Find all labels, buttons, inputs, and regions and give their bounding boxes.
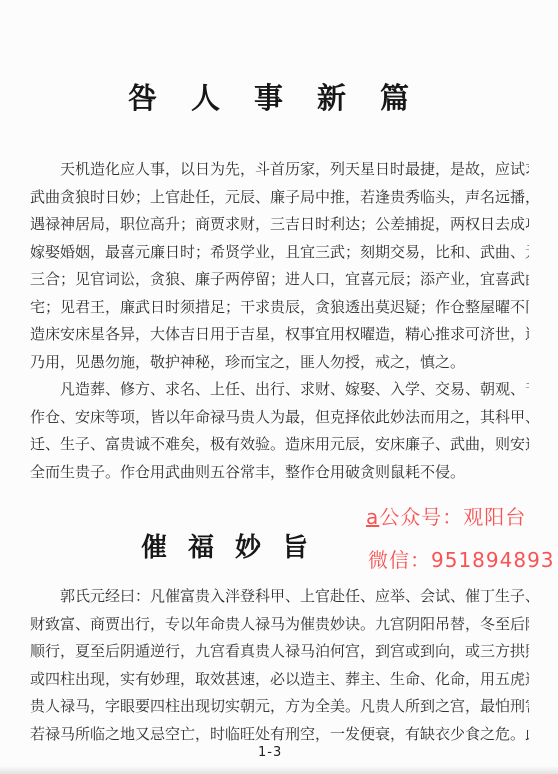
- text-line: 贵人禄马，字眼要四柱出现切实朝元，方为全美。凡贵人所到之宫，最怕刑害，: [30, 693, 529, 721]
- text-line: 凡造葬、修方、求名、上任、出行、求财、嫁娶、入学、交易、朝观、干求、: [30, 376, 529, 404]
- paragraph-tianji: 天机造化应人事，以日为先，斗首历家，列天星日时最捷，是故，应试求官， 武曲贪狼时…: [30, 156, 529, 376]
- watermark-public-account: a公众号：观阳台: [366, 501, 526, 530]
- text-line: 宅；见君王，廉武日时须措足；干求贵辰，贪狼透出莫迟疑；作仓整屋曜不同，: [30, 294, 529, 322]
- text-line: 顺行，夏至后阴遁逆行，九宫看真贵人禄马泊何宫，到宫或到向，或三方拱照，: [30, 638, 529, 666]
- text-line: 若禄马所临之地又忌空亡，时临旺处有刑空，一发便衰，有缺衣少食之危。此其: [30, 721, 529, 749]
- watermark-channel-text: 公众号：观阳台: [379, 505, 526, 529]
- text-line: 郭氏元经曰：凡催富贵入泮登科甲、上官赴任、应举、会试、催丁生子、催: [30, 583, 529, 611]
- text-line: 天机造化应人事，以日为先，斗首历家，列天星日时最捷，是故，应试求官，: [30, 156, 529, 184]
- text-line: 或四柱出现，实有妙理，取效甚速，必以造主、葬主、生命、化命，用五虎遁真: [30, 666, 529, 694]
- paragraph-fanzaozang: 凡造葬、修方、求名、上任、出行、求财、嫁娶、入学、交易、朝观、干求、 作仓、安床…: [30, 376, 529, 486]
- text-line: 遇禄神居局，职位高升；商贾求财，三吉日时利达；公差捕捉，两权日去成功；: [30, 211, 529, 239]
- text-line: 造床安床星各异，大体吉日用于吉星，权事宜用权曜造，精心推求可济世，遇贤: [30, 321, 529, 349]
- chapter-title-renpian: 咎人事新篇: [128, 76, 443, 117]
- page-number: 1-3: [258, 745, 282, 760]
- text-line: 三合；见官词讼，贪狼、廉子两停留；进人口，宜喜元辰；添产业，宜喜武曲入: [30, 266, 529, 294]
- text-line: 全而生贵子。作仓用武曲则五谷常丰，整作仓用破贪则鼠耗不侵。: [30, 459, 529, 487]
- paragraph-guoshiyuanjing: 郭氏元经曰：凡催富贵入泮登科甲、上官赴任、应举、会试、催丁生子、催 财致富、商贾…: [30, 583, 529, 748]
- text-line: 嫁娶婚姻，最喜元廉日时；希贤学业，且宜三武；刻期交易，比和、武曲、元辰: [30, 239, 529, 267]
- text-line: 武曲贪狼时日妙；上官赴任，元辰、廉子局中推，若逢贵秀临头，声名远播，更: [30, 184, 529, 212]
- chapter-title-cuifumiaozhi: 催福妙旨: [141, 527, 329, 564]
- text-line: 财致富、商贾出行，专以年命贵人禄马为催贵妙诀。九宫阴阳吊替，冬至后阳遁: [30, 611, 529, 639]
- watermark-wechat: 微信：951894893: [368, 544, 555, 573]
- text-line: 乃用，见愚勿施，敬护神秘，珍而宝之，匪人勿授，戒之，慎之。: [30, 349, 529, 377]
- text-line: 迁、生子、富贵诚不难矣，极有效验。造床用元辰，安床廉子、武曲，则安造两: [30, 431, 529, 459]
- scanned-book-page: 咎人事新篇 天机造化应人事，以日为先，斗首历家，列天星日时最捷，是故，应试求官，…: [0, 0, 558, 774]
- text-line: 作仓、安床等项，皆以年命禄马贵人为最，但克择依此妙法而用之，其科甲、升: [30, 404, 529, 432]
- watermark-prefix: a: [366, 505, 379, 529]
- scan-edge-shadow: [0, 767, 558, 774]
